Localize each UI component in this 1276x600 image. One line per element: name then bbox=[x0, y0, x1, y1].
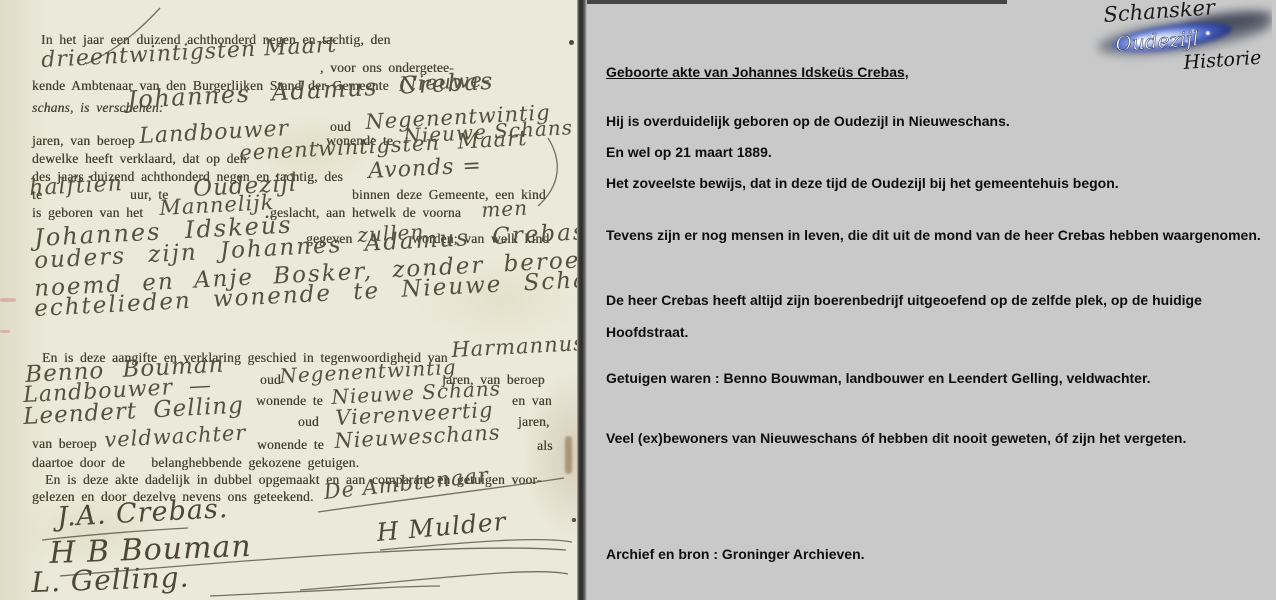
akte-handwritten-text: Avonds = bbox=[368, 153, 483, 184]
panel-top-border bbox=[587, 0, 1007, 4]
description-panel: Geboorte akte van Johannes Idskeüs Creba… bbox=[587, 0, 1276, 600]
akte-printed-text: wonende te bbox=[257, 437, 324, 453]
akte-printed-text: daartoe door de belanghebbende gekozene … bbox=[32, 455, 359, 471]
margin-red-mark bbox=[0, 298, 16, 302]
panel-source-line: Archief en bron : Groninger Archieven. bbox=[606, 537, 1272, 571]
akte-printed-text: dewelke heeft verklaard, dat op den bbox=[32, 151, 247, 167]
akte-printed-text: als bbox=[537, 438, 553, 454]
akte-handwritten-text: halftien bbox=[29, 171, 124, 201]
akte-printed-text: van beroep bbox=[32, 436, 97, 452]
akte-handwritten-text: men bbox=[481, 196, 529, 222]
margin-red-mark bbox=[0, 330, 10, 333]
birth-certificate-scan: In het jaar een duizend achthonderd nege… bbox=[0, 0, 578, 600]
logo-word-historie: Historie bbox=[1182, 47, 1262, 74]
akte-handwritten-text: Harmannus, bbox=[451, 331, 578, 362]
panel-paragraph: Hij is overduidelijk geboren op de Oudez… bbox=[606, 104, 1272, 138]
akte-handwritten-text: veldwachter bbox=[104, 421, 247, 452]
panel-paragraph: Tevens zijn er nog mensen in leven, die … bbox=[606, 218, 1272, 252]
panel-paragraph: Getuigen waren : Benno Bouwman, landbouw… bbox=[606, 361, 1272, 395]
ink-smudge bbox=[565, 436, 572, 474]
akte-printed-text: jaren, bbox=[518, 414, 550, 430]
punch-hole-dot bbox=[572, 518, 576, 522]
akte-printed-text: oud bbox=[298, 414, 319, 430]
akte-printed-text: en van bbox=[512, 393, 552, 409]
akte-printed-text: wonende te bbox=[256, 393, 323, 409]
akte-printed-text: geslacht, aan hetwelk de voorna bbox=[270, 205, 461, 221]
panel-divider bbox=[577, 0, 587, 600]
akte-printed-text: jaren, van beroep bbox=[32, 133, 135, 149]
panel-paragraph: Veel (ex)bewoners van Nieuweschans óf he… bbox=[606, 421, 1272, 455]
signature-official: H Mulder bbox=[375, 507, 507, 547]
akte-printed-text: oud bbox=[260, 372, 281, 388]
panel-paragraph: Het zoveelste bewijs, dat in deze tijd d… bbox=[606, 166, 1272, 200]
punch-hole-dot bbox=[569, 40, 574, 45]
panel-paragraph: De heer Crebas heeft altijd zijn boerenb… bbox=[606, 284, 1272, 348]
signature-witness2: L. Gelling. bbox=[31, 561, 190, 599]
panel-paragraph: En wel op 21 maart 1889. bbox=[606, 135, 1272, 169]
logo-nebula-graphic: Schansker Oudezijl Historie bbox=[1090, 2, 1272, 74]
page: In het jaar een duizend achthonderd nege… bbox=[0, 0, 1276, 600]
site-logo: Schansker Oudezijl Historie bbox=[1090, 2, 1272, 74]
